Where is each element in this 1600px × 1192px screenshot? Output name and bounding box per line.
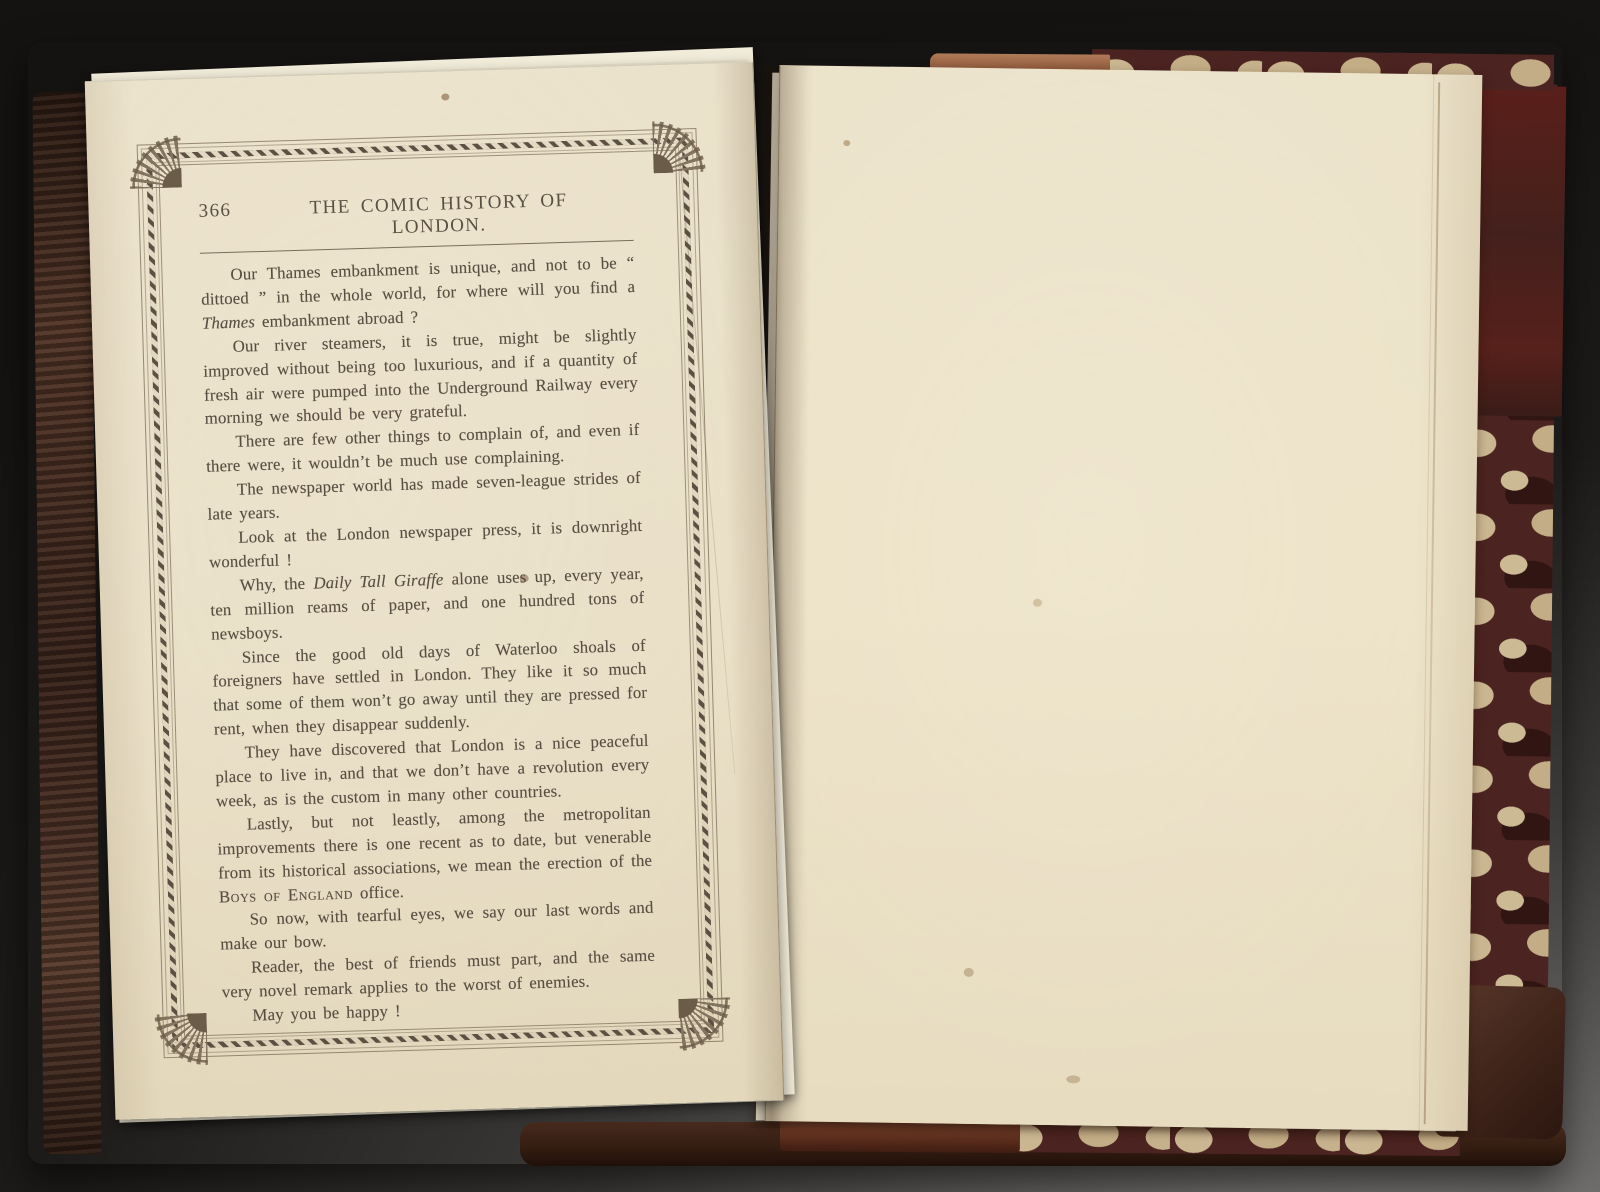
blank-right-page — [765, 65, 1483, 1131]
running-title: THE COMIC HISTORY OF LONDON. — [270, 189, 607, 243]
page-number: 366 — [198, 199, 271, 223]
paragraph: Our Thames embankment is unique, and not… — [200, 251, 636, 336]
body-text: Our Thames embankment is unique, and not… — [200, 251, 657, 1029]
corner-fan-ornament-top-right — [652, 120, 706, 174]
corner-fan-ornament-top-left — [128, 135, 182, 189]
paragraph: Lastly, but not leastly, among the metro… — [217, 801, 654, 909]
corner-fan-ornament-bottom-right — [678, 997, 732, 1051]
paragraph: Since the good old days of Waterloo shoa… — [212, 633, 649, 741]
paragraph: Why, the Daily Tall Giraffe alone uses u… — [209, 562, 645, 647]
decorative-border-frame: 366 THE COMIC HISTORY OF LONDON. Our Tha… — [137, 128, 724, 1058]
paragraph: They have discovered that London is a ni… — [214, 729, 650, 814]
printed-left-page: 366 THE COMIC HISTORY OF LONDON. Our Tha… — [85, 62, 784, 1119]
book-photograph: 366 THE COMIC HISTORY OF LONDON. Our Tha… — [0, 0, 1600, 1192]
corner-fan-ornament-bottom-left — [154, 1013, 208, 1067]
paragraph: Our river steamers, it is true, might be… — [202, 323, 639, 431]
pencil-annotation: 1586 — [472, 1021, 553, 1037]
running-head: 366 THE COMIC HISTORY OF LONDON. — [198, 188, 633, 245]
